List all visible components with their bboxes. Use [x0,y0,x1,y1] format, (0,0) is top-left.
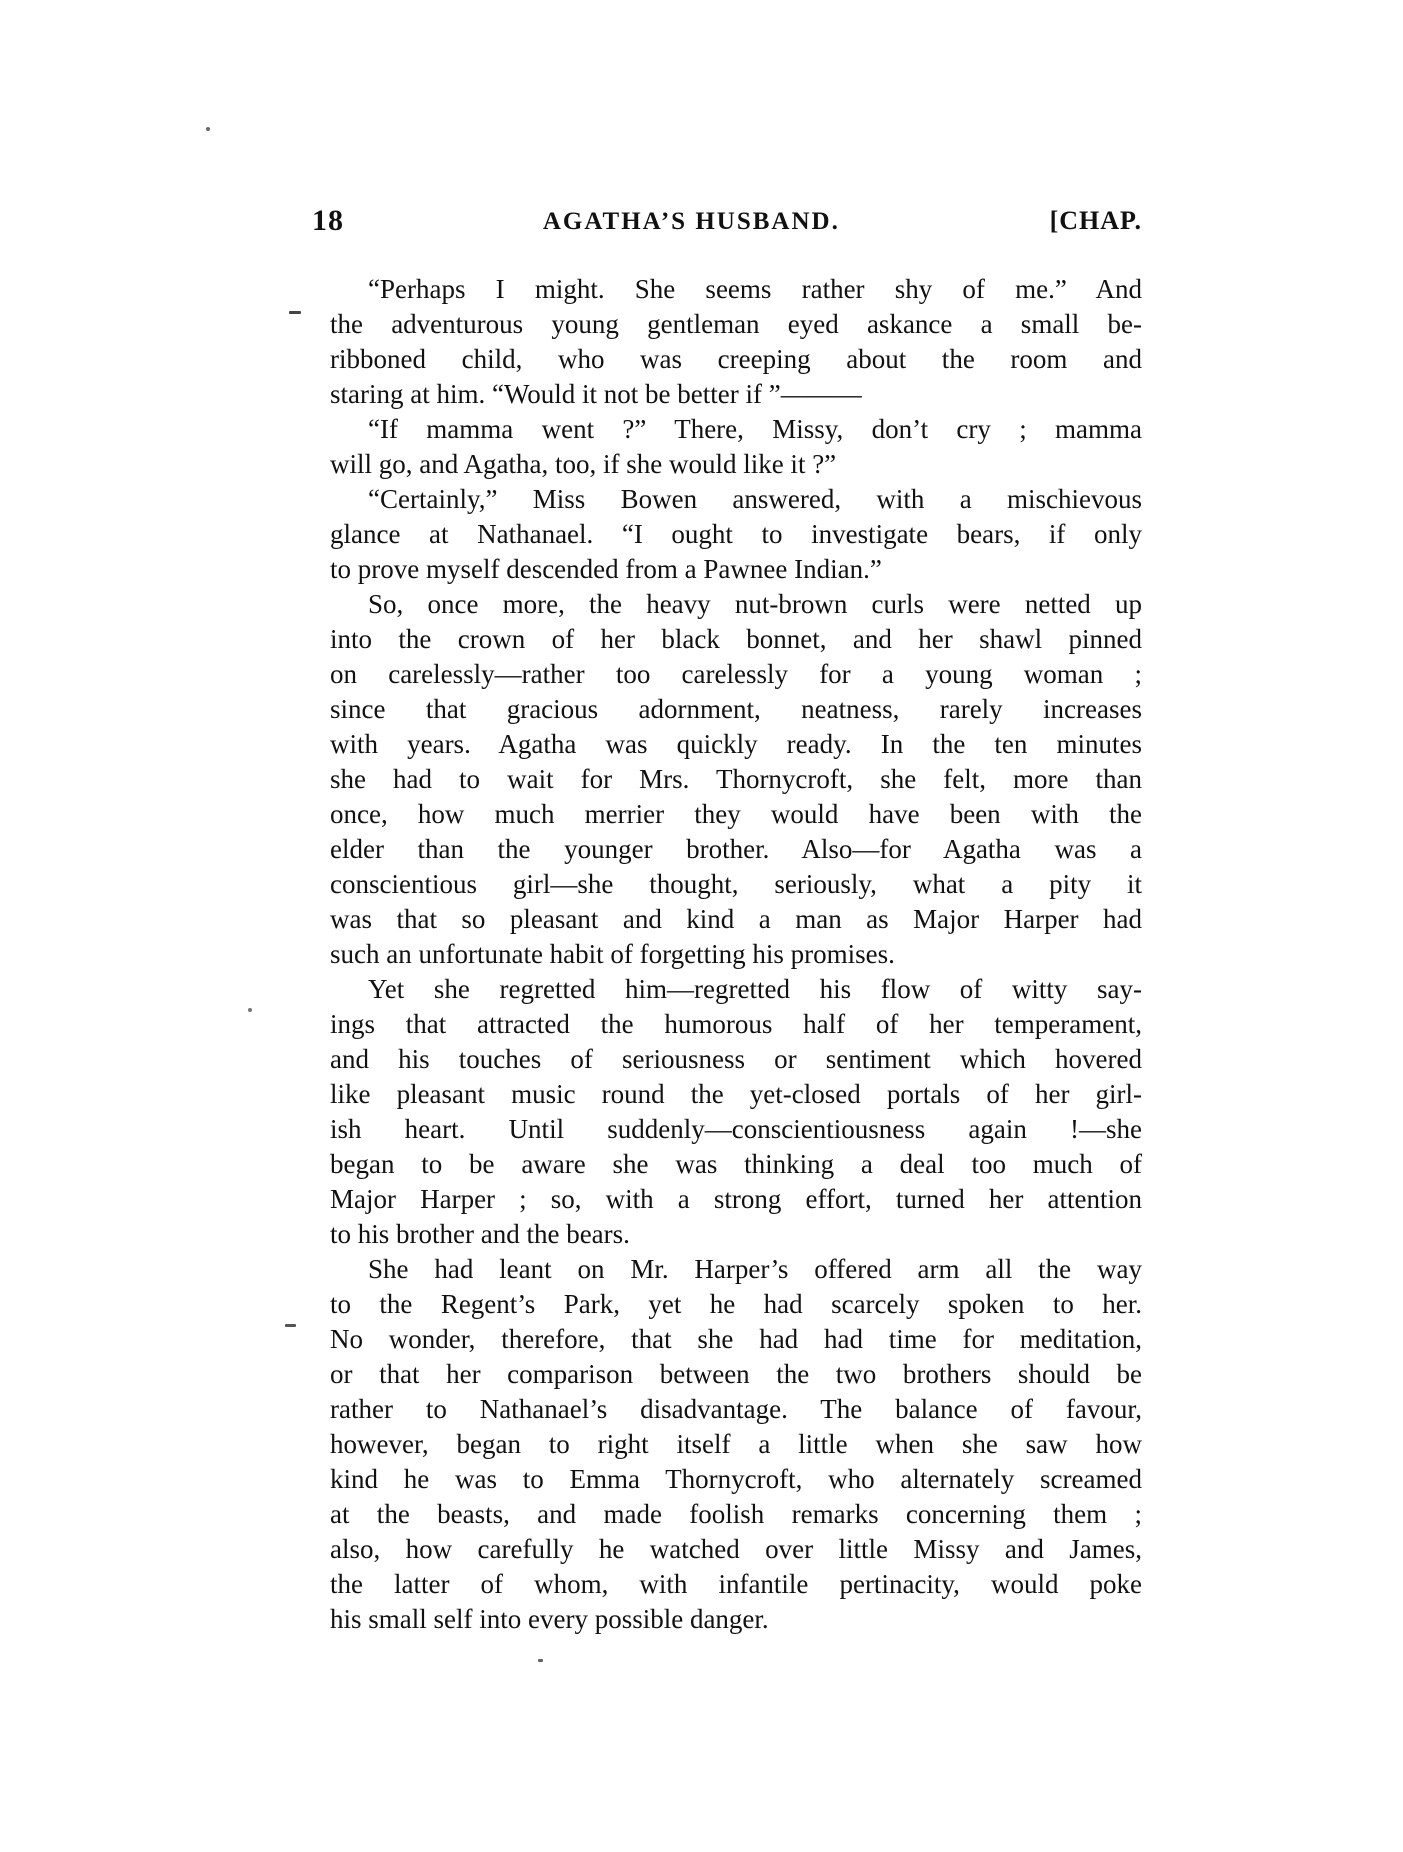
text-line: “Certainly,” Miss Bowen answered, with a… [330,482,1142,517]
text-line: will go, and Agatha, too, if she would l… [330,447,1142,482]
text-line: Major Harper ; so, with a strong effort,… [330,1182,1142,1217]
text-line: such an unfortunate habit of forgetting … [330,937,1142,972]
text-line: She had leant on Mr. Harper’s offered ar… [330,1252,1142,1287]
text-line: No wonder, therefore, that she had had t… [330,1322,1142,1357]
text-line: the latter of whom, with infantile perti… [330,1567,1142,1602]
text-line: at the beasts, and made foolish remarks … [330,1497,1142,1532]
text-line: ish heart. Until suddenly—conscientiousn… [330,1112,1142,1147]
text-line: was that so pleasant and kind a man as M… [330,902,1142,937]
page-text: “Perhaps I might. She seems rather shy o… [330,272,1142,1637]
text-line: however, began to right itself a little … [330,1427,1142,1462]
running-title: AGATHA’S HUSBAND. [543,208,840,236]
text-line: once, how much merrier they would have b… [330,797,1142,832]
text-line: to his brother and the bears. [330,1217,1142,1252]
page-number: 18 [312,204,344,238]
scan-dash-mark [285,1324,296,1327]
text-line: ings that attracted the humorous half of… [330,1007,1142,1042]
text-line: on carelessly—rather too carelessly for … [330,657,1142,692]
scan-dash-mark [289,311,301,314]
text-line: ribboned child, who was creeping about t… [330,342,1142,377]
text-line: “Perhaps I might. She seems rather shy o… [330,272,1142,307]
text-line: she had to wait for Mrs. Thornycroft, sh… [330,762,1142,797]
text-line: “If mamma went ?” There, Missy, don’t cr… [330,412,1142,447]
text-line: and his touches of seriousness or sentim… [330,1042,1142,1077]
text-line: his small self into every possible dange… [330,1602,1142,1637]
text-line: rather to Nathanael’s disadvantage. The … [330,1392,1142,1427]
text-line: So, once more, the heavy nut-brown curls… [330,587,1142,622]
text-line: Yet she regretted him—regretted his flow… [330,972,1142,1007]
text-line: glance at Nathanael. “I ought to investi… [330,517,1142,552]
book-page: 18 AGATHA’S HUSBAND. [CHAP. “Perhaps I m… [0,0,1403,1852]
text-line: since that gracious adornment, neatness,… [330,692,1142,727]
text-line: staring at him. “Would it not be better … [330,377,1142,412]
page-header: 18 AGATHA’S HUSBAND. [CHAP. [330,204,1142,246]
text-line: or that her comparison between the two b… [330,1357,1142,1392]
scan-speck [248,1008,252,1012]
text-line: to prove myself descended from a Pawnee … [330,552,1142,587]
text-line: to the Regent’s Park, yet he had scarcel… [330,1287,1142,1322]
text-line: with years. Agatha was quickly ready. In… [330,727,1142,762]
text-line: the adventurous young gentleman eyed ask… [330,307,1142,342]
text-line: also, how carefully he watched over litt… [330,1532,1142,1567]
text-line: conscientious girl—she thought, seriousl… [330,867,1142,902]
text-line: like pleasant music round the yet-closed… [330,1077,1142,1112]
text-line: elder than the younger brother. Also—for… [330,832,1142,867]
scan-speck [538,1659,543,1662]
text-line: kind he was to Emma Thornycroft, who alt… [330,1462,1142,1497]
chapter-marker: [CHAP. [1050,206,1142,236]
scan-speck [206,127,210,131]
text-line: into the crown of her black bonnet, and … [330,622,1142,657]
text-line: began to be aware she was thinking a dea… [330,1147,1142,1182]
